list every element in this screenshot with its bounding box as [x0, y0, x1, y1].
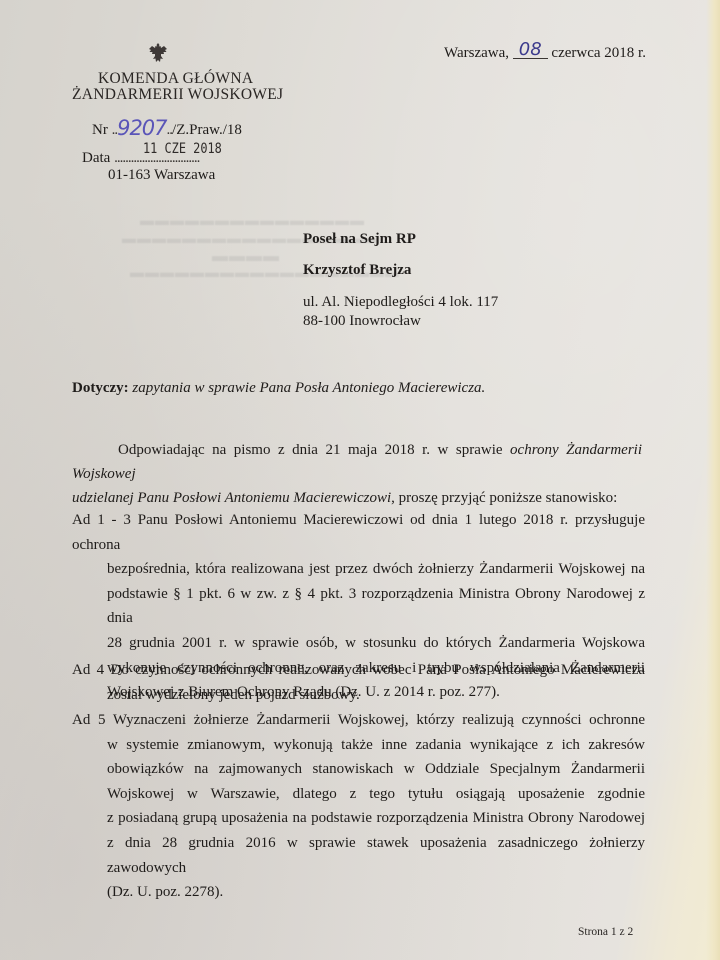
- page-indicator: Strona 1 z 2: [578, 926, 633, 938]
- date-label: Data: [82, 150, 114, 166]
- bleed-through-mark: ▬▬▬▬: [212, 248, 280, 266]
- recipient-street: ul. Al. Niepodległości 4 lok. 117: [303, 294, 498, 311]
- polish-eagle-emblem-icon: [148, 42, 168, 64]
- handwritten-reference-number: 9207: [117, 116, 166, 140]
- place-name: Warszawa,: [444, 45, 509, 61]
- reference-number-suffix: /Z.Praw./18: [172, 122, 242, 138]
- sender-postal-address: 01-163 Warszawa: [108, 167, 215, 184]
- recipient-title: Poseł na Sejm RP: [303, 231, 416, 248]
- reference-number-label: Nr: [92, 122, 112, 138]
- subject-line: Dotyczy: zapytania w sprawie Pana Posła …: [72, 380, 485, 397]
- subject-label: Dotyczy:: [72, 380, 129, 396]
- place-and-date: Warszawa, 08 czerwca 2018 r.: [444, 44, 646, 62]
- recipient-city: 88-100 Inowrocław: [303, 313, 421, 330]
- answer-item-label: Ad 4: [72, 662, 104, 678]
- answer-item: Ad 4 Do czynności ochronnych realizowany…: [72, 658, 645, 707]
- organization-name-line2: ŻANDARMERII WOJSKOWEJ: [72, 86, 283, 104]
- bleed-through-mark: ▬▬▬▬▬▬▬▬▬▬▬▬▬▬▬: [140, 214, 365, 230]
- answer-item-label: Ad 5: [72, 712, 105, 728]
- month-year: czerwca 2018 r.: [551, 45, 646, 61]
- answer-item-label: Ad 1 - 3: [72, 512, 131, 528]
- handwritten-day: 08: [513, 42, 548, 59]
- answer-item: Ad 5 Wyznaczeni żołnierze Żandarmerii Wo…: [72, 708, 645, 905]
- date-dotted-line: ...............................: [114, 150, 199, 166]
- subject-text: zapytania w sprawie Pana Posła Antoniego…: [132, 380, 485, 396]
- intro-paragraph: Odpowiadając na pismo z dnia 21 maja 201…: [72, 438, 642, 510]
- date-field: Data ...............................: [82, 150, 199, 167]
- recipient-name: Krzysztof Brejza: [303, 262, 411, 279]
- paper-edge: [706, 0, 720, 960]
- reference-number: Nr ..9207../Z.Praw./18: [92, 115, 242, 139]
